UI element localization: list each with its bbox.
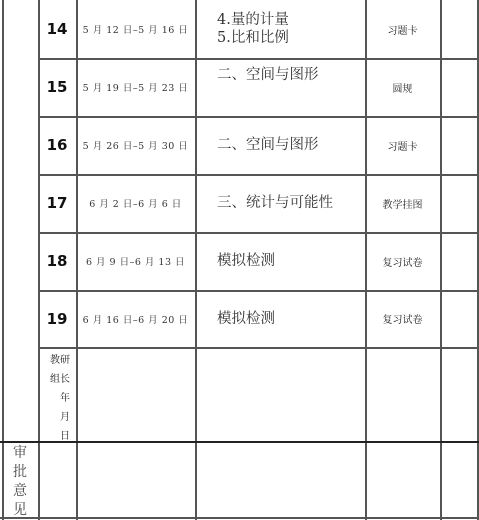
date-range: 5 月 19 日–5 月 23 日: [76, 58, 195, 116]
teaching-resource: 复习试卷: [365, 290, 440, 347]
signoff-line: 年: [60, 389, 70, 408]
approval-opinion-label: 审 批 意 见: [2, 442, 38, 520]
content-line: 5.比和比例: [217, 29, 289, 47]
grid-line: [0, 517, 479, 519]
content-line: 模拟检测: [217, 252, 275, 270]
date-range: 5 月 12 日–5 月 16 日: [76, 0, 195, 58]
content-line: 二、空间与图形: [217, 66, 319, 84]
teaching-resource: 习题卡: [365, 116, 440, 174]
week-number: 15: [38, 58, 76, 116]
research-leader-signoff: 教研 组长 年 月 日: [38, 347, 70, 445]
content-line: 三、统计与可能性: [217, 194, 333, 212]
week-number: 17: [38, 174, 76, 232]
week-number: 19: [38, 290, 76, 347]
date-range: 6 月 2 日–6 月 6 日: [76, 174, 195, 232]
content-line: 4.量的计量: [217, 11, 289, 29]
lesson-content: 二、空间与图形: [195, 116, 365, 174]
signoff-line: 组长: [50, 370, 70, 389]
teaching-resource: 圆规: [365, 58, 440, 116]
grid-line: [38, 347, 479, 349]
teaching-schedule-table: 14 5 月 12 日–5 月 16 日 4.量的计量 5.比和比例 习题卡 1…: [0, 0, 479, 520]
week-number: 16: [38, 116, 76, 174]
lesson-content: 三、统计与可能性: [195, 174, 365, 232]
lesson-content: 二、空间与图形: [195, 58, 365, 116]
lesson-content: 模拟检测: [195, 290, 365, 347]
signoff-line: 月: [60, 408, 70, 427]
grid-line: [0, 441, 479, 443]
lesson-content: 模拟检测: [195, 232, 365, 290]
teaching-resource: 复习试卷: [365, 232, 440, 290]
content-line: 模拟检测: [217, 310, 275, 328]
lesson-content: 4.量的计量 5.比和比例: [195, 0, 365, 58]
approval-char: 意: [13, 482, 27, 501]
date-range: 6 月 9 日–6 月 13 日: [76, 232, 195, 290]
teaching-resource: 习题卡: [365, 0, 440, 58]
week-number: 14: [38, 0, 76, 58]
signoff-line: 教研: [50, 351, 70, 370]
date-range: 6 月 16 日–6 月 20 日: [76, 290, 195, 347]
approval-char: 审: [13, 444, 27, 463]
date-range: 5 月 26 日–5 月 30 日: [76, 116, 195, 174]
signoff-line: 日: [60, 427, 70, 446]
approval-char: 见: [13, 501, 27, 520]
content-line: 二、空间与图形: [217, 136, 319, 154]
approval-char: 批: [13, 463, 27, 482]
week-number: 18: [38, 232, 76, 290]
teaching-resource: 教学挂图: [365, 174, 440, 232]
